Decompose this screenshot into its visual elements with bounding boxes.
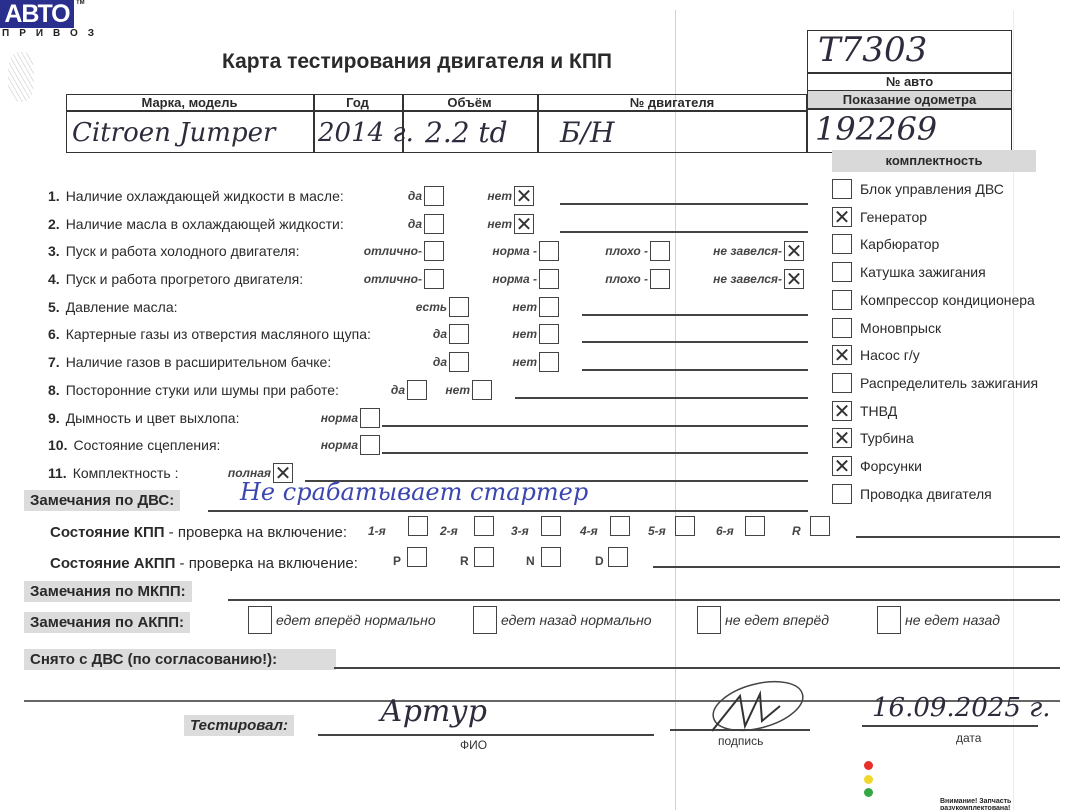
scan-edge-line <box>1013 10 1014 810</box>
gear-label: 5-я <box>648 524 666 538</box>
status-light-icon <box>864 761 873 770</box>
option-label: нет <box>457 189 512 203</box>
option-checkbox[interactable]: ✕ <box>784 269 804 289</box>
check-item-label: 3.Пуск и работа холодного двигателя: <box>48 243 300 259</box>
option-checkbox[interactable]: ✕ <box>514 186 534 206</box>
check-item-number: 8. <box>48 382 60 398</box>
note-line[interactable] <box>582 314 808 316</box>
mode-label: D <box>595 554 604 568</box>
completeness-checkbox[interactable]: ✕ <box>832 345 852 365</box>
akpp-remark-checkbox[interactable] <box>473 606 497 634</box>
check-mark-icon: ✕ <box>834 456 851 476</box>
akpp-remark-checkbox[interactable] <box>248 606 272 634</box>
option-checkbox[interactable] <box>539 241 559 261</box>
option-label: плохо - <box>572 244 648 258</box>
akpp-label-bold: Состояние АКПП <box>50 555 175 572</box>
scan-smudge <box>8 52 34 102</box>
completeness-header: комплектность <box>832 150 1036 172</box>
check-item-text: Посторонние стуки или шумы при работе: <box>66 382 339 398</box>
check-mark-icon: ✕ <box>834 428 851 448</box>
completeness-item-label: Катушка зажигания <box>860 264 986 280</box>
logo-subtitle: ПРИВОЗ <box>2 28 104 39</box>
option-label: норма - <box>442 244 537 258</box>
gear-label: 4-я <box>580 524 598 538</box>
check-item-number: 2. <box>48 216 60 232</box>
check-item-number: 9. <box>48 410 60 426</box>
check-mark-icon: ✕ <box>786 269 803 289</box>
gear-label: 3-я <box>511 524 529 538</box>
completeness-item-label: Генератор <box>860 209 927 225</box>
check-item-text: Наличие охлаждающей жидкости в масле: <box>66 188 344 204</box>
option-label: да <box>380 327 447 341</box>
option-label: нет <box>480 300 537 314</box>
akpp-remark-label: едет вперёд нормально <box>276 612 436 628</box>
option-label: норма - <box>442 272 537 286</box>
option-label: да <box>339 217 422 231</box>
check-item-number: 5. <box>48 299 60 315</box>
signature-mark <box>700 676 815 736</box>
gear-checkbox[interactable] <box>408 516 428 536</box>
year-value[interactable]: 2014 г. <box>318 118 414 148</box>
gear-label: R <box>792 524 801 538</box>
header-car-no: № авто <box>807 74 1012 89</box>
completeness-item-label: Форсунки <box>860 458 922 474</box>
check-item-text: Давление масла: <box>66 299 178 315</box>
check-item-label: 5.Давление масла: <box>48 299 178 315</box>
completeness-checkbox[interactable]: ✕ <box>832 401 852 421</box>
option-checkbox[interactable] <box>539 297 559 317</box>
option-checkbox[interactable] <box>424 241 444 261</box>
option-checkbox[interactable]: ✕ <box>514 214 534 234</box>
check-item-text: Состояние сцепления: <box>73 437 220 453</box>
akpp-remark-label: едет назад нормально <box>501 612 652 628</box>
option-checkbox[interactable] <box>650 241 670 261</box>
akpp-remark-label: не едет назад <box>905 612 1000 628</box>
check-item-label: 11.Комплектность : <box>48 465 179 481</box>
check-item-number: 4. <box>48 271 60 287</box>
gear-checkbox[interactable] <box>675 516 695 536</box>
option-checkbox[interactable] <box>360 408 380 428</box>
header-make-model: Марка, модель <box>66 95 313 110</box>
option-label: отлично- <box>320 272 422 286</box>
option-label: норма <box>290 438 358 452</box>
kpp-label-rest: - проверка на включение: <box>165 524 348 541</box>
check-mark-icon: ✕ <box>516 214 533 234</box>
option-label: нет <box>457 217 512 231</box>
completeness-checkbox[interactable] <box>832 373 852 393</box>
tested-by-label: Тестировал: <box>184 715 294 736</box>
option-label: да <box>380 355 447 369</box>
check-item-text: Пуск и работа холодного двигателя: <box>66 243 300 259</box>
option-checkbox[interactable] <box>449 352 469 372</box>
footer-warning: Внимание! Запчасть разукомплектована! <box>940 798 1080 810</box>
gear-checkbox[interactable] <box>474 516 494 536</box>
tester-name[interactable]: Артур <box>380 694 487 729</box>
volume-value[interactable]: 2.2 td <box>425 116 508 149</box>
removed-line[interactable] <box>334 667 1060 669</box>
completeness-checkbox[interactable] <box>832 484 852 504</box>
check-item-text: Дымность и цвет выхлопа: <box>66 410 240 426</box>
kpp-label: Состояние КПП - проверка на включение: <box>50 524 347 541</box>
gear-checkbox[interactable] <box>610 516 630 536</box>
option-label: нет <box>480 355 537 369</box>
option-checkbox[interactable] <box>449 297 469 317</box>
engine-remarks-label: Замечания по ДВС: <box>24 490 180 511</box>
check-item-label: 1.Наличие охлаждающей жидкости в масле: <box>48 188 344 204</box>
completeness-item-label: Насос г/у <box>860 347 920 363</box>
check-mark-icon: ✕ <box>786 241 803 261</box>
option-checkbox[interactable] <box>424 214 444 234</box>
option-label: да <box>339 189 422 203</box>
check-mark-icon: ✕ <box>516 186 533 206</box>
completeness-item-label: Моновпрыск <box>860 320 941 336</box>
check-item-label: 7.Наличие газов в расширительном бачке: <box>48 354 331 370</box>
mode-checkbox[interactable] <box>541 547 561 567</box>
option-checkbox[interactable] <box>424 186 444 206</box>
car-no-value[interactable]: T7303 <box>818 30 927 70</box>
gear-checkbox[interactable] <box>810 516 830 536</box>
option-label: не завелся- <box>680 272 782 286</box>
check-item-label: 9.Дымность и цвет выхлопа: <box>48 410 239 426</box>
check-mark-icon: ✕ <box>834 401 851 421</box>
check-item-number: 7. <box>48 354 60 370</box>
mode-label: R <box>460 554 469 568</box>
option-label: не завелся- <box>680 244 782 258</box>
option-label: есть <box>380 300 447 314</box>
note-line[interactable] <box>515 397 808 399</box>
check-mark-icon: ✕ <box>834 345 851 365</box>
completeness-item-label: Блок управления ДВС <box>860 181 1004 197</box>
option-label: норма <box>290 411 358 425</box>
gear-label: 2-я <box>440 524 458 538</box>
table-divider <box>66 110 807 112</box>
date-caption: дата <box>956 731 981 745</box>
check-item-label: 10.Состояние сцепления: <box>48 437 220 453</box>
status-light-icon <box>864 775 873 784</box>
check-item-label: 6.Картерные газы из отверстия масляного … <box>48 326 371 342</box>
odometer-value[interactable]: 192269 <box>815 110 937 148</box>
akpp-remark-checkbox[interactable] <box>877 606 901 634</box>
header-volume: Объём <box>402 95 537 110</box>
completeness-checkbox[interactable] <box>832 234 852 254</box>
removed-label: Снято с ДВС (по согласованию!): <box>24 649 336 670</box>
option-checkbox[interactable] <box>424 269 444 289</box>
check-item-text: Пуск и работа прогретого двигателя: <box>66 271 303 287</box>
completeness-checkbox[interactable] <box>832 290 852 310</box>
kpp-line <box>856 536 1060 538</box>
akpp-remarks-label: Замечания по АКПП: <box>24 612 190 633</box>
mkpp-remarks-line[interactable] <box>228 599 1060 601</box>
note-line[interactable] <box>582 369 808 371</box>
logo: АВТО <box>0 0 74 28</box>
check-item-label: 8.Посторонние стуки или шумы при работе: <box>48 382 339 398</box>
mode-label: N <box>526 554 535 568</box>
kpp-label-bold: Состояние КПП <box>50 524 165 541</box>
gear-label: 6-я <box>716 524 734 538</box>
completeness-item-label: Проводка двигателя <box>860 486 992 502</box>
note-line[interactable] <box>382 425 808 427</box>
completeness-item-label: Компрессор кондиционера <box>860 292 1035 308</box>
gear-label: 1-я <box>368 524 386 538</box>
check-item-label: 2.Наличие масла в охлаждающей жидкости: <box>48 216 344 232</box>
completeness-checkbox[interactable] <box>832 262 852 282</box>
option-checkbox[interactable] <box>472 380 492 400</box>
name-caption: ФИО <box>460 738 487 752</box>
mkpp-remarks-label: Замечания по МКПП: <box>24 581 192 602</box>
option-checkbox[interactable] <box>650 269 670 289</box>
note-line[interactable] <box>560 203 808 205</box>
completeness-checkbox[interactable] <box>832 179 852 199</box>
check-mark-icon: ✕ <box>834 207 851 227</box>
note-line[interactable] <box>560 231 808 233</box>
completeness-checkbox[interactable] <box>832 318 852 338</box>
akpp-line <box>653 566 1060 568</box>
option-checkbox[interactable] <box>539 324 559 344</box>
akpp-label-rest: - проверка на включение: <box>175 555 358 572</box>
completeness-checkbox[interactable]: ✕ <box>832 207 852 227</box>
akpp-label: Состояние АКПП - проверка на включение: <box>50 555 358 572</box>
status-light-icon <box>864 788 873 797</box>
signature-caption: подпись <box>718 734 763 748</box>
option-label: плохо - <box>572 272 648 286</box>
header-odometer: Показание одометра <box>807 92 1012 107</box>
check-item-text: Картерные газы из отверстия масляного щу… <box>66 326 371 342</box>
check-item-text: Комплектность : <box>73 465 179 481</box>
make-model-value[interactable]: Citroen Jumper <box>72 118 275 148</box>
check-item-text: Наличие газов в расширительном бачке: <box>66 354 332 370</box>
check-item-label: 4.Пуск и работа прогретого двигателя: <box>48 271 303 287</box>
date-value[interactable]: 16.09.2025 г. <box>872 693 1051 723</box>
engine-no-value[interactable]: Б/Н <box>560 116 614 149</box>
completeness-item-label: ТНВД <box>860 403 897 419</box>
mode-label: P <box>393 554 401 568</box>
completeness-item-label: Турбина <box>860 430 914 446</box>
logo-trademark: TM <box>76 0 85 6</box>
note-line[interactable] <box>382 452 808 454</box>
name-line <box>318 734 654 736</box>
completeness-checkbox[interactable]: ✕ <box>832 456 852 476</box>
note-line[interactable] <box>582 341 808 343</box>
header-engine-no: № двигателя <box>537 95 807 110</box>
akpp-remark-label: не едет вперёд <box>725 612 829 628</box>
engine-remarks-line <box>208 510 808 512</box>
check-item-number: 10. <box>48 437 67 453</box>
gear-checkbox[interactable] <box>745 516 765 536</box>
date-line <box>862 725 1038 727</box>
mode-checkbox[interactable] <box>608 547 628 567</box>
option-checkbox[interactable] <box>539 352 559 372</box>
option-label: да <box>350 383 405 397</box>
option-label: нет <box>480 327 537 341</box>
completeness-item-label: Распределитель зажигания <box>860 375 1038 391</box>
check-item-text: Наличие масла в охлаждающей жидкости: <box>66 216 344 232</box>
option-checkbox[interactable] <box>539 269 559 289</box>
gear-checkbox[interactable] <box>541 516 561 536</box>
completeness-item-label: Карбюратор <box>860 236 939 252</box>
header-year: Год <box>313 95 402 110</box>
check-item-number: 3. <box>48 243 60 259</box>
option-checkbox[interactable] <box>360 435 380 455</box>
option-label: отлично- <box>320 244 422 258</box>
option-checkbox[interactable]: ✕ <box>784 241 804 261</box>
completeness-checkbox[interactable]: ✕ <box>832 428 852 448</box>
check-item-number: 6. <box>48 326 60 342</box>
check-item-number: 11. <box>48 465 67 481</box>
check-item-number: 1. <box>48 188 60 204</box>
mode-checkbox[interactable] <box>474 547 494 567</box>
engine-remarks-value[interactable]: Не срабатывает стартер <box>240 478 588 506</box>
option-label: нет <box>415 383 470 397</box>
page-title: Карта тестирования двигателя и КПП <box>222 50 612 74</box>
akpp-remark-checkbox[interactable] <box>697 606 721 634</box>
mode-checkbox[interactable] <box>407 547 427 567</box>
option-checkbox[interactable] <box>449 324 469 344</box>
